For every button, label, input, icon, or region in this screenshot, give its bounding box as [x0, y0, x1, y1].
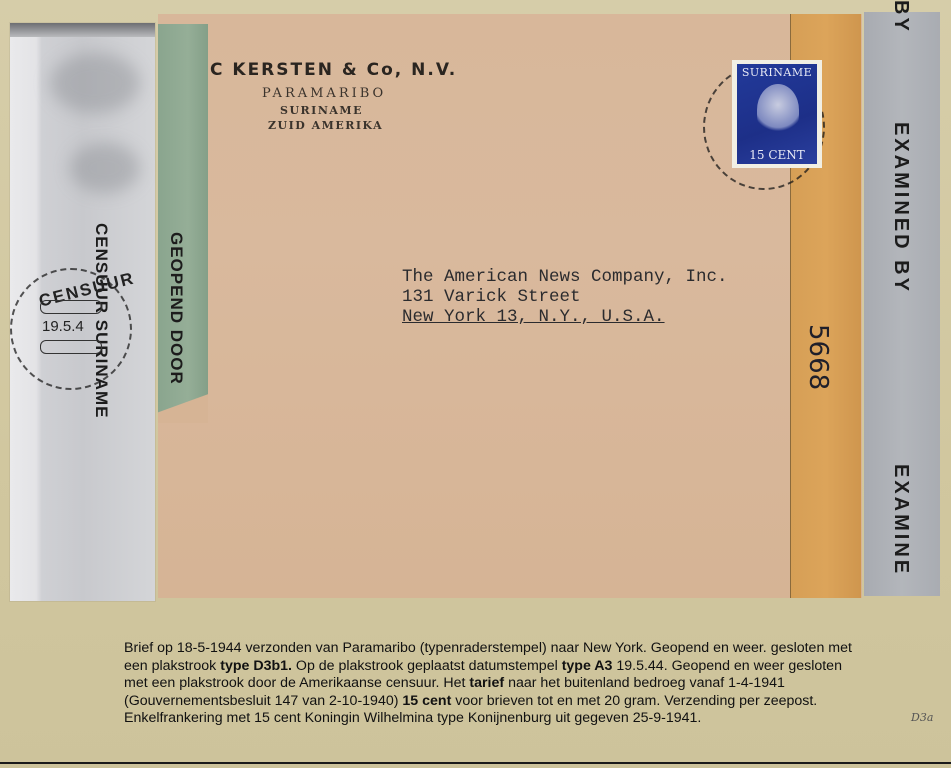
stamp-design: SURINAME 15 CENT: [737, 64, 817, 164]
examined-label-partial-bottom: EXAMINE: [889, 464, 912, 576]
postage-stamp: SURINAME 15 CENT: [732, 60, 822, 168]
postmark-date: 19.5.4: [42, 318, 84, 335]
geopend-door-tape: GEOPEND DOOR: [158, 24, 208, 422]
caption-emphasis: tarief: [469, 675, 504, 691]
handwritten-number: 5668: [803, 324, 833, 390]
stamp-value: 15 CENT: [737, 148, 817, 162]
sender-imprint: C KERSTEN & Co, N.V. PARAMARIBO SURINAME…: [210, 60, 457, 132]
strip-shadow: [10, 23, 155, 37]
pencil-note: D3a: [911, 711, 933, 724]
stamp-country: SURINAME: [737, 66, 817, 79]
postmark-bar: [40, 340, 102, 354]
caption-emphasis: type A3: [562, 658, 613, 674]
bottom-rule: [0, 762, 951, 764]
address-line-3: New York 13, N.Y., U.S.A.: [402, 307, 728, 327]
caption-emphasis: type D3b1.: [220, 658, 292, 674]
address-line-2: 131 Varick Street: [402, 287, 728, 307]
censor-date-postmark: CENSUUR 19.5.4: [10, 268, 132, 390]
caption-emphasis: 15 cent: [402, 693, 451, 709]
sender-name: C KERSTEN & Co, N.V.: [210, 60, 457, 80]
postmark-bar: [40, 300, 102, 314]
sender-city: PARAMARIBO: [262, 86, 457, 101]
envelope: GEOPEND DOOR C KERSTEN & Co, N.V. PARAMA…: [158, 14, 862, 598]
stain: [70, 143, 140, 193]
stain: [50, 53, 140, 113]
examined-by-label: EXAMINED BY: [889, 122, 912, 294]
examined-by-strip: BY EXAMINED BY EXAMINE: [864, 12, 940, 596]
queen-portrait-icon: [757, 84, 799, 136]
album-page: CENSUUR SURINAME CENSUUR 19.5.4 GEOPEND …: [0, 0, 951, 768]
geopend-door-label: GEOPEND DOOR: [166, 232, 186, 385]
caption-text: Op de plakstrook geplaatst datumstempel: [292, 658, 562, 674]
sender-country: SURINAME: [280, 104, 457, 117]
address-line-1: The American News Company, Inc.: [402, 267, 728, 287]
examined-label-partial-top: BY: [889, 0, 912, 34]
recipient-address: The American News Company, Inc. 131 Vari…: [402, 267, 728, 327]
sender-continent: ZUID AMERIKA: [268, 119, 457, 132]
description-caption: Brief op 18-5-1944 verzonden van Paramar…: [124, 640, 864, 728]
